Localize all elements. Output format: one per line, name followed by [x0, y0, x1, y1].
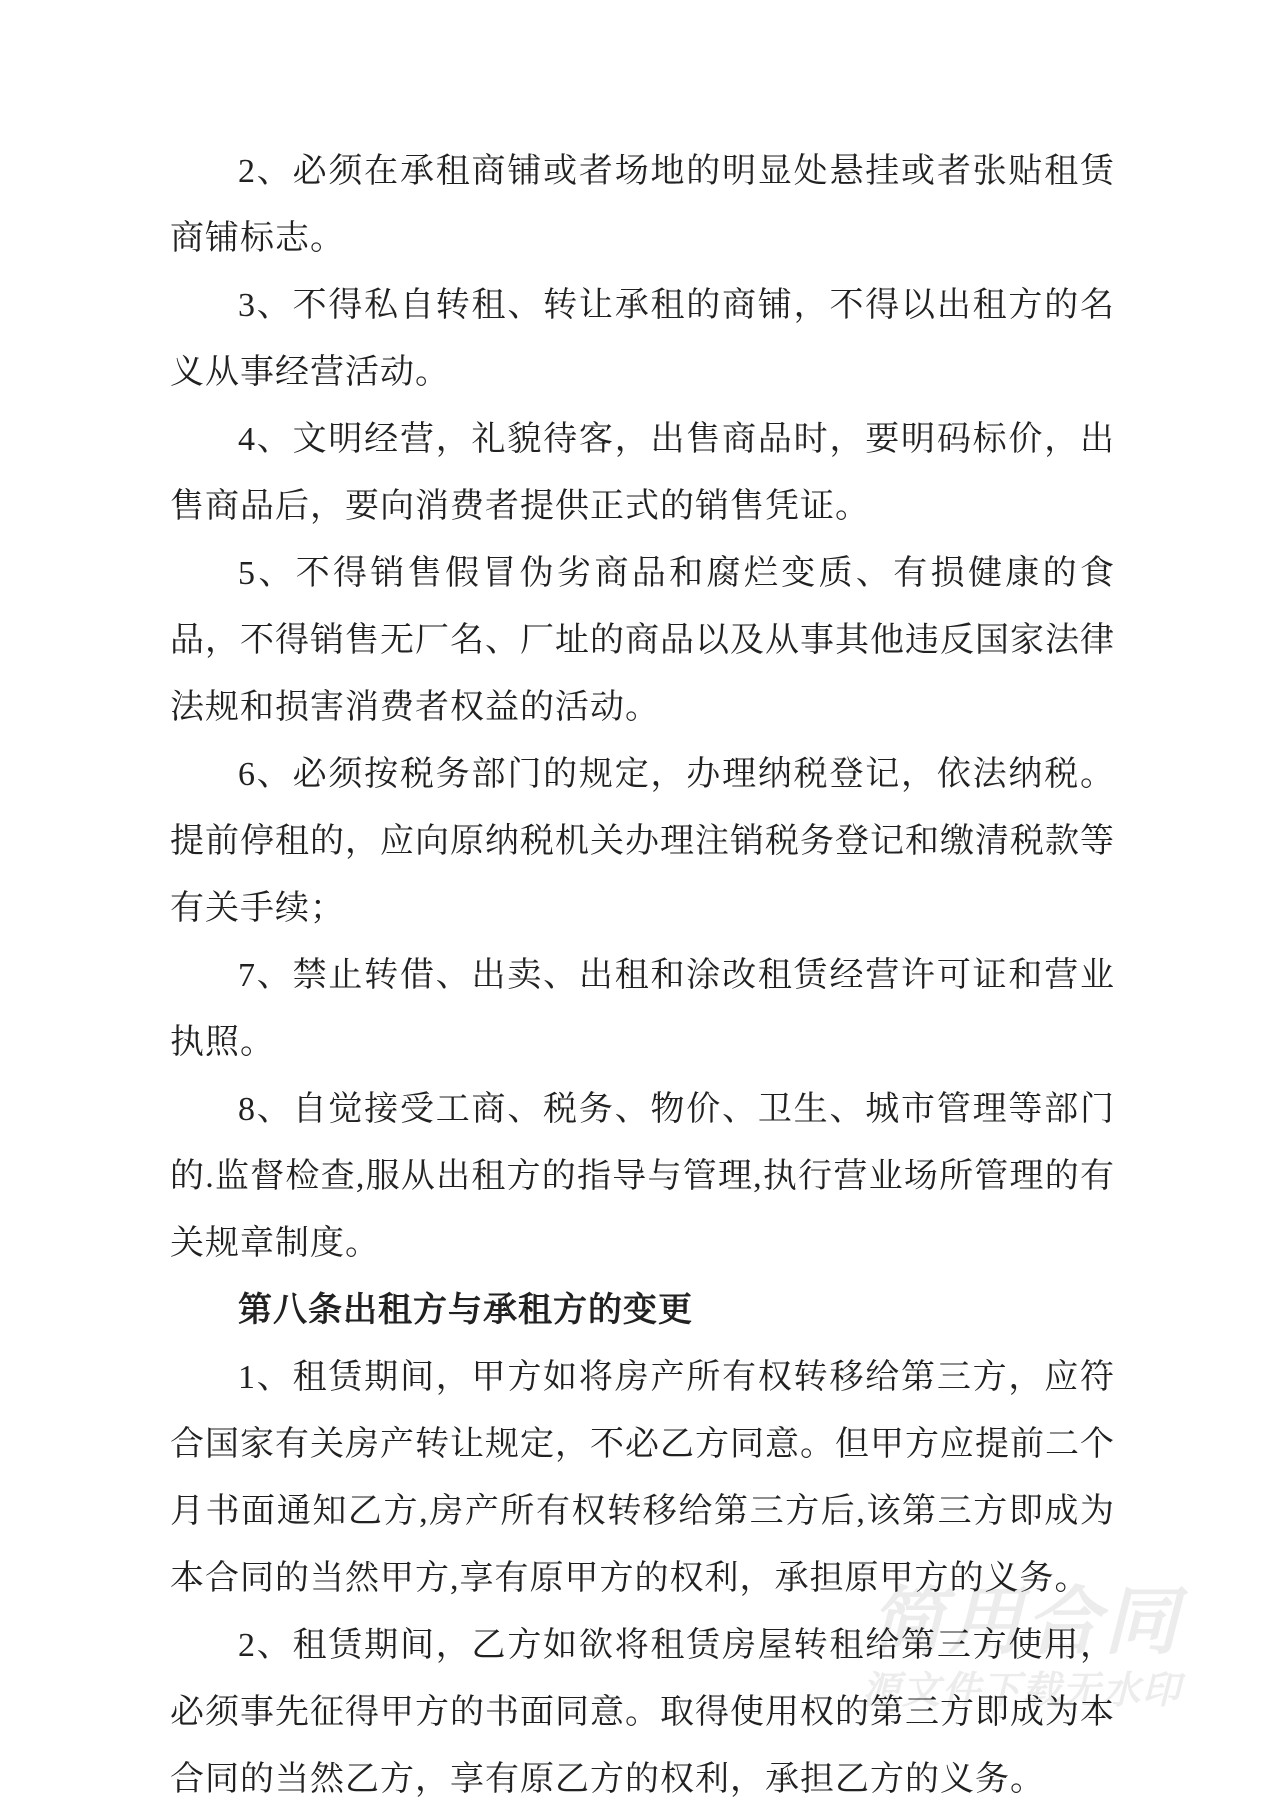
- document-page: 2、必须在承租商铺或者场地的明显处悬挂或者张贴租赁商铺标志。 3、不得私自转租、…: [0, 0, 1280, 1810]
- paragraph-change-2: 2、租赁期间，乙方如欲将租赁房屋转租给第三方使用，必须事先征得甲方的书面同意。取…: [170, 1612, 1115, 1810]
- paragraph-clause-5: 5、不得销售假冒伪劣商品和腐烂变质、有损健康的食品，不得销售无厂名、厂址的商品以…: [170, 540, 1115, 741]
- paragraph-clause-7: 7、禁止转借、出卖、出租和涂改租赁经营许可证和营业执照。: [170, 942, 1115, 1076]
- paragraph-clause-8: 8、自觉接受工商、税务、物价、卫生、城市管理等部门的.监督检查,服从出租方的指导…: [170, 1076, 1115, 1277]
- document-body: 2、必须在承租商铺或者场地的明显处悬挂或者张贴租赁商铺标志。 3、不得私自转租、…: [170, 138, 1115, 1810]
- paragraph-clause-2: 2、必须在承租商铺或者场地的明显处悬挂或者张贴租赁商铺标志。: [170, 138, 1115, 272]
- section-heading-article-8: 第八条出租方与承租方的变更: [170, 1277, 1115, 1344]
- paragraph-clause-3: 3、不得私自转租、转让承租的商铺，不得以出租方的名义从事经营活动。: [170, 272, 1115, 406]
- paragraph-clause-6: 6、必须按税务部门的规定，办理纳税登记，依法纳税。提前停租的，应向原纳税机关办理…: [170, 741, 1115, 942]
- paragraph-clause-4: 4、文明经营，礼貌待客，出售商品时，要明码标价，出售商品后，要向消费者提供正式的…: [170, 406, 1115, 540]
- paragraph-change-1: 1、租赁期间，甲方如将房产所有权转移给第三方，应符合国家有关房产转让规定，不必乙…: [170, 1344, 1115, 1612]
